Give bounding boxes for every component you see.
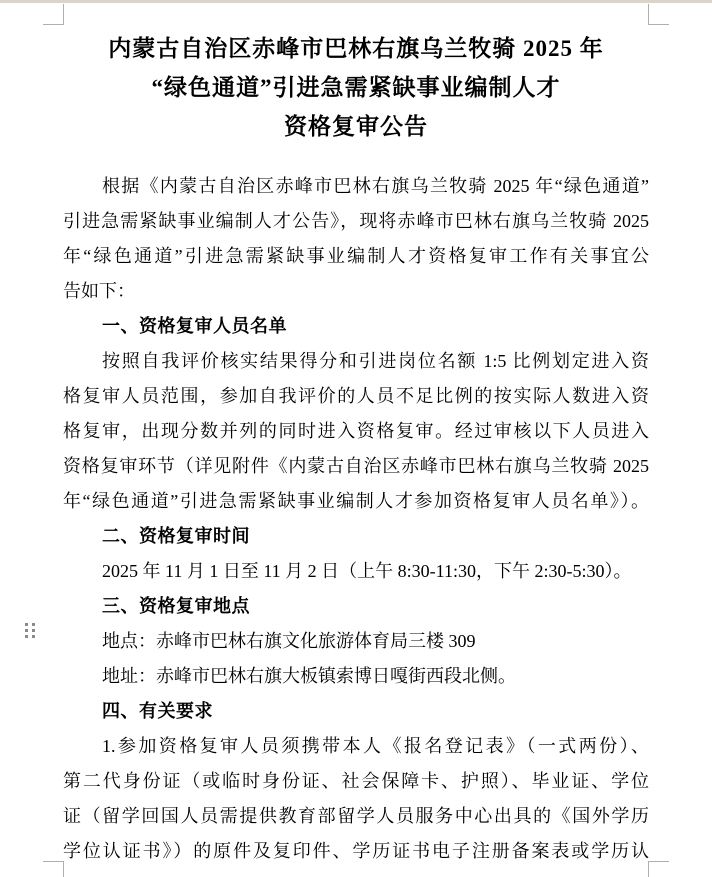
paragraph-line: 根据《内蒙古自治区赤峰市巴林右旗乌兰牧骑 2025 年“绿色通道” (63, 169, 649, 204)
paragraph-line: 年“绿色通道”引进急需紧缺事业编制人才参加资格复审人员名单》）。 (63, 484, 649, 519)
margin-corner-mark-top-right (648, 4, 669, 25)
paragraph-line: 学位认证书》）的原件及复印件、学历证书电子注册备案表或学历认 (63, 834, 649, 869)
paragraph: 2025 年 11 月 1 日至 11 月 2 日（上午 8:30-11:30，… (63, 554, 649, 589)
section-heading: 二、资格复审时间 (63, 519, 649, 554)
document-body: 内蒙古自治区赤峰市巴林右旗乌兰牧骑 2025 年“绿色通道”引进急需紧缺事业编制… (63, 24, 649, 869)
paragraph-line: 2025 年 11 月 1 日至 11 月 2 日（上午 8:30-11:30，… (63, 554, 649, 589)
paragraph-line: 格复审人员范围，参加自我评价的人员不足比例的按实际人数进入资 (63, 379, 649, 414)
document-title-line: “绿色通道”引进急需紧缺事业编制人才 (63, 68, 649, 107)
document-content: 根据《内蒙古自治区赤峰市巴林右旗乌兰牧骑 2025 年“绿色通道”引进急需紧缺事… (63, 169, 649, 869)
paragraph-line: 第二代身份证（或临时身份证、社会保障卡、护照）、毕业证、学位 (63, 764, 649, 799)
section-heading: 四、有关要求 (63, 694, 649, 729)
window-top-edge (0, 0, 712, 3)
document-title-line: 内蒙古自治区赤峰市巴林右旗乌兰牧骑 2025 年 (63, 29, 649, 68)
paragraph-line: 资格复审环节（详见附件《内蒙古自治区赤峰市巴林右旗乌兰牧骑 2025 (63, 449, 649, 484)
document-title: 内蒙古自治区赤峰市巴林右旗乌兰牧骑 2025 年“绿色通道”引进急需紧缺事业编制… (63, 29, 649, 146)
paragraph-line: 1.参加资格复审人员须携带本人《报名登记表》（一式两份）、 (63, 729, 649, 764)
margin-corner-mark-bottom-left (43, 861, 64, 877)
paragraph: 1.参加资格复审人员须携带本人《报名登记表》（一式两份）、第二代身份证（或临时身… (63, 729, 649, 869)
paragraph-line: 告如下： (63, 274, 649, 309)
paragraph: 根据《内蒙古自治区赤峰市巴林右旗乌兰牧骑 2025 年“绿色通道”引进急需紧缺事… (63, 169, 649, 309)
section-heading: 三、资格复审地点 (63, 589, 649, 624)
document-page[interactable]: 内蒙古自治区赤峰市巴林右旗乌兰牧骑 2025 年“绿色通道”引进急需紧缺事业编制… (0, 0, 712, 877)
paragraph-line: 地点：赤峰市巴林右旗文化旅游体育局三楼 309 (63, 624, 649, 659)
paragraph-line: 按照自我评价核实结果得分和引进岗位名额 1:5 比例划定进入资 (63, 344, 649, 379)
paragraph-line: 格复审，出现分数并列的同时进入资格复审。经过审核以下人员进入 (63, 414, 649, 449)
paragraph-line: 地址：赤峰市巴林右旗大板镇索博日嘎街西段北侧。 (63, 659, 649, 694)
paragraph-line: 证（留学回国人员需提供教育部留学人员服务中心出具的《国外学历 (63, 799, 649, 834)
margin-corner-mark-top-left (43, 4, 64, 25)
paragraph: 地点：赤峰市巴林右旗文化旅游体育局三楼 309地址：赤峰市巴林右旗大板镇索博日嘎… (63, 624, 649, 694)
section-heading: 一、资格复审人员名单 (63, 309, 649, 344)
paragraph-line: 引进急需紧缺事业编制人才公告》，现将赤峰市巴林右旗乌兰牧骑 2025 (63, 204, 649, 239)
document-title-line: 资格复审公告 (63, 107, 649, 146)
pan-anchor-icon (25, 623, 38, 641)
paragraph: 按照自我评价核实结果得分和引进岗位名额 1:5 比例划定进入资格复审人员范围，参… (63, 344, 649, 519)
paragraph-line: 年“绿色通道”引进急需紧缺事业编制人才资格复审工作有关事宜公 (63, 239, 649, 274)
margin-corner-mark-bottom-right (648, 861, 669, 877)
